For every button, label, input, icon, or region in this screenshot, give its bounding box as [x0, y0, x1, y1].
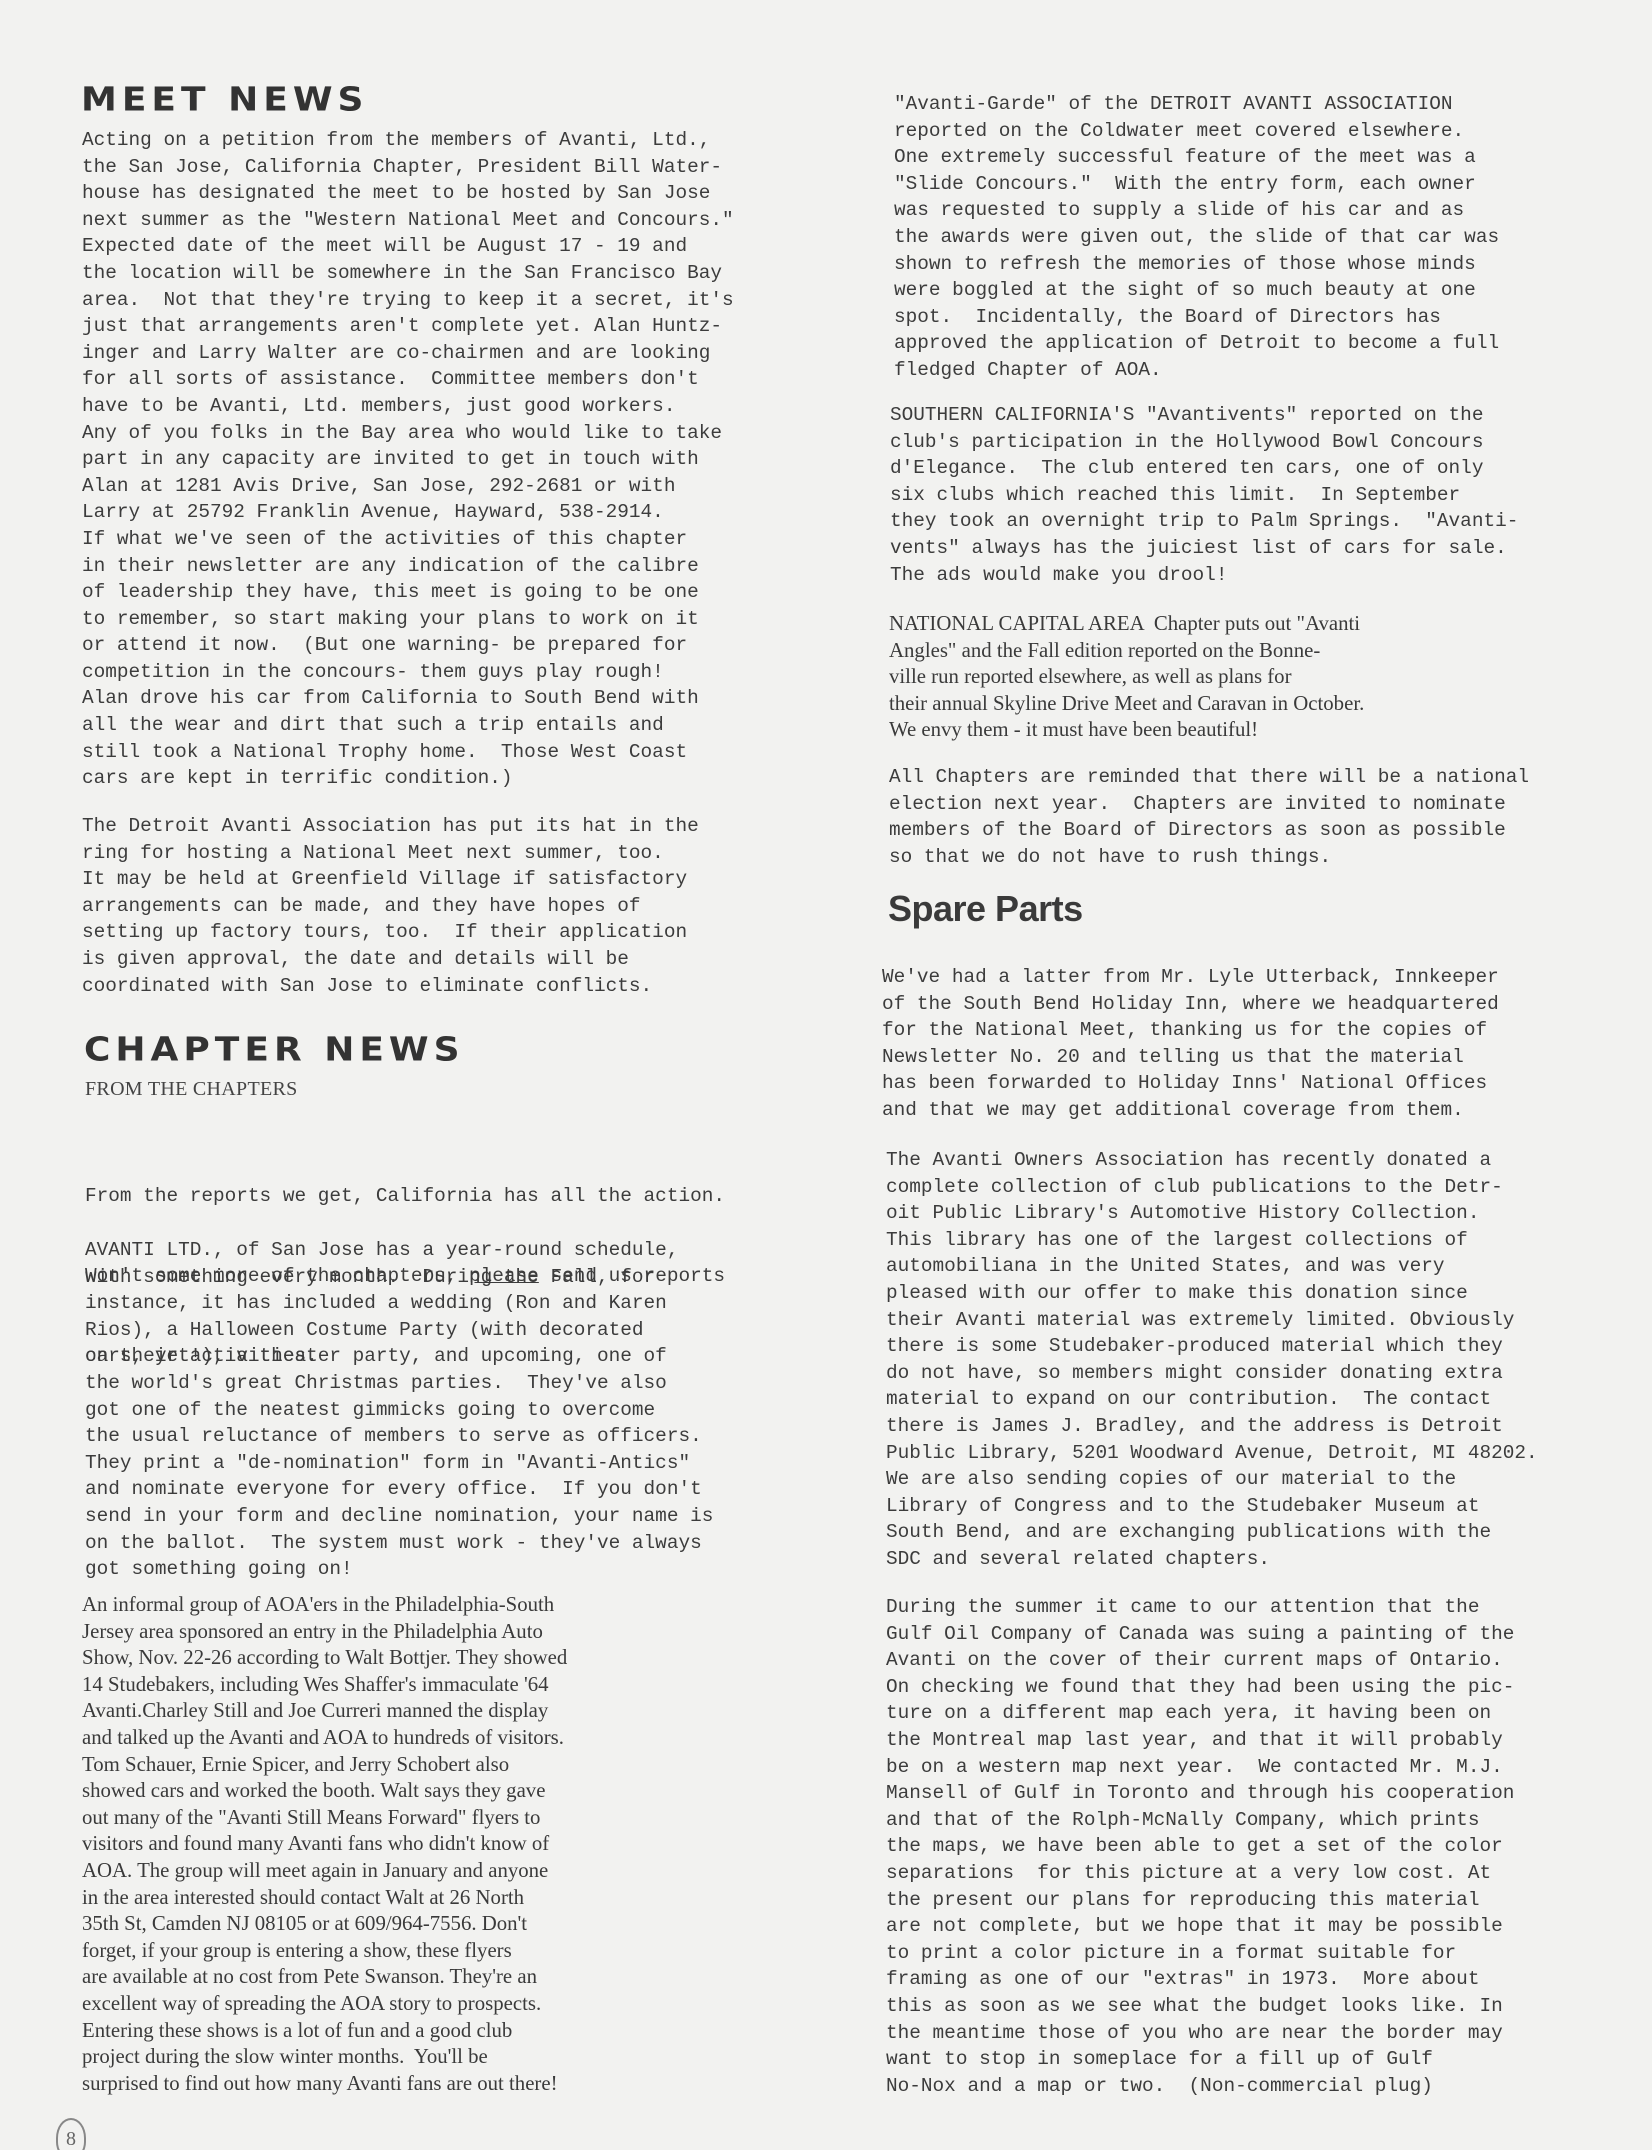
text-line: their Avanti material was extremely limi…: [886, 1307, 1538, 1334]
text-line: pleased with our offer to make this dona…: [886, 1280, 1538, 1307]
text-line: cars, yet!), a theater party, and upcomi…: [85, 1343, 713, 1370]
text-line: the meantime those of you who are near t…: [886, 2020, 1514, 2047]
text-line: were boggled at the sight of so much bea…: [894, 277, 1499, 304]
text-line: 35th St, Camden NJ 08105 or at 609/964-7…: [82, 1911, 567, 1938]
text-line: arrangements can be made, and they have …: [82, 893, 699, 920]
text-line: forget, if your group is entering a show…: [82, 1938, 567, 1965]
text-line: coordinated with San Jose to eliminate c…: [82, 973, 699, 1000]
text-line: Library of Congress and to the Studebake…: [886, 1493, 1538, 1520]
text-line: Show, Nov. 22-26 according to Walt Bottj…: [82, 1645, 567, 1672]
text-line: in their newsletter are any indication o…: [82, 553, 734, 580]
text-line: are not complete, but we hope that it ma…: [886, 1913, 1514, 1940]
text-line: Gulf Oil Company of Canada was suing a p…: [886, 1621, 1514, 1648]
text-line: surprised to find out how many Avanti fa…: [82, 2071, 567, 2098]
text-line: NATIONAL CAPITAL AREA Chapter puts out "…: [889, 611, 1364, 638]
text-line: for the National Meet, thanking us for t…: [882, 1017, 1499, 1044]
text-line: setting up factory tours, too. If their …: [82, 919, 699, 946]
text-line: Acting on a petition from the members of…: [82, 127, 734, 154]
text-line: No-Nox and a map or two. (Non-commercial…: [886, 2073, 1514, 2100]
text-line: the world's great Christmas parties. The…: [85, 1370, 713, 1397]
text-line: separations for this picture at a very l…: [886, 1860, 1514, 1887]
text-line: We are also sending copies of our materi…: [886, 1466, 1538, 1493]
chapter-news-heading: CHAPTER NEWS: [84, 1034, 465, 1067]
text-line: Alan at 1281 Avis Drive, San Jose, 292-2…: [82, 473, 734, 500]
text-line: the present our plans for reproducing th…: [886, 1887, 1514, 1914]
text-line: the usual reluctance of members to serve…: [85, 1423, 713, 1450]
text-line: are available at no cost from Pete Swans…: [82, 1964, 567, 1991]
text-line: they took an overnight trip to Palm Spri…: [890, 508, 1518, 535]
text-line: showed cars and worked the booth. Walt s…: [82, 1778, 567, 1805]
detroit-report: "Avanti-Garde" of the DETROIT AVANTI ASS…: [894, 91, 1499, 384]
text-line: The ads would make you drool!: [890, 562, 1518, 589]
text-line: excellent way of spreading the AOA story…: [82, 1991, 567, 2018]
text-line: spot. Incidentally, the Board of Directo…: [894, 304, 1499, 331]
text-line: It may be held at Greenfield Village if …: [82, 866, 699, 893]
text-line: for all sorts of assistance. Committee m…: [82, 366, 734, 393]
text-line: part in any capacity are invited to get …: [82, 446, 734, 473]
text-line: to remember, so start making your plans …: [82, 606, 734, 633]
text-line: 14 Studebakers, including Wes Shaffer's …: [82, 1672, 567, 1699]
text-line: the San Jose, California Chapter, Presid…: [82, 154, 734, 181]
chapter-news-subtitle: FROM THE CHAPTERS: [85, 1078, 298, 1101]
text-line: reported on the Coldwater meet covered e…: [894, 118, 1499, 145]
text-line: send in your form and decline nomination…: [85, 1503, 713, 1530]
text-line: just that arrangements aren't complete y…: [82, 313, 734, 340]
text-line: Any of you folks in the Bay area who wou…: [82, 420, 734, 447]
text-line: ville run reported elsewhere, as well as…: [889, 664, 1364, 691]
text-line: SDC and several related chapters.: [886, 1546, 1538, 1573]
text-line: there is some Studebaker-produced materi…: [886, 1333, 1538, 1360]
text-line: and that we may get additional coverage …: [882, 1097, 1499, 1124]
text-line: All Chapters are reminded that there wil…: [889, 764, 1529, 791]
spare-parts-letter: We've had a latter from Mr. Lyle Utterba…: [882, 964, 1499, 1124]
philadelphia-report: An informal group of AOA'ers in the Phil…: [82, 1592, 567, 2097]
text-line: area. Not that they're trying to keep it…: [82, 287, 734, 314]
text-line: shown to refresh the memories of those w…: [894, 251, 1499, 278]
text-line: material to expand on our contribution. …: [886, 1386, 1538, 1413]
text-line: competition in the concours- them guys p…: [82, 659, 734, 686]
text-line: with something every month. During the F…: [85, 1264, 713, 1291]
text-line: this as soon as we see what the budget l…: [886, 1993, 1514, 2020]
text-line: Rios), a Halloween Costume Party (with d…: [85, 1317, 713, 1344]
text-line: SOUTHERN CALIFORNIA'S "Avantivents" repo…: [890, 402, 1518, 429]
text-line: have to be Avanti, Ltd. members, just go…: [82, 393, 734, 420]
text-line: We envy them - it must have been beautif…: [889, 717, 1364, 744]
text-line: and nominate everyone for every office. …: [85, 1476, 713, 1503]
text-line: instance, it has included a wedding (Ron…: [85, 1290, 713, 1317]
text-line: next summer as the "Western National Mee…: [82, 207, 734, 234]
text-line: out many of the "Avanti Still Means Forw…: [82, 1805, 567, 1832]
avanti-ltd-report: AVANTI LTD., of San Jose has a year-roun…: [85, 1237, 713, 1583]
text-line: The Detroit Avanti Association has put i…: [82, 813, 699, 840]
text-line: ring for hosting a National Meet next su…: [82, 840, 699, 867]
text-line: "Slide Concours." With the entry form, e…: [894, 171, 1499, 198]
text-line: all the wear and dirt that such a trip e…: [82, 712, 734, 739]
meet-news-para2: The Detroit Avanti Association has put i…: [82, 813, 699, 999]
text-line: got one of the neatest gimmicks going to…: [85, 1397, 713, 1424]
text-line: Newsletter No. 20 and telling us that th…: [882, 1044, 1499, 1071]
text-line: South Bend, and are exchanging publicati…: [886, 1519, 1538, 1546]
text-line: of the South Bend Holiday Inn, where we …: [882, 991, 1499, 1018]
text-line: or attend it now. (But one warning- be p…: [82, 632, 734, 659]
text-line: Jersey area sponsored an entry in the Ph…: [82, 1619, 567, 1646]
socal-report: SOUTHERN CALIFORNIA'S "Avantivents" repo…: [890, 402, 1518, 588]
text-line: was requested to supply a slide of his c…: [894, 197, 1499, 224]
text-line: is given approval, the date and details …: [82, 946, 699, 973]
text-line: Entering these shows is a lot of fun and…: [82, 2018, 567, 2045]
national-capital-report: NATIONAL CAPITAL AREA Chapter puts out "…: [889, 611, 1364, 744]
text-line: in the area interested should contact Wa…: [82, 1885, 567, 1912]
text-line: The Avanti Owners Association has recent…: [886, 1147, 1538, 1174]
text-line: During the summer it came to our attenti…: [886, 1594, 1514, 1621]
text-line: and talked up the Avanti and AOA to hund…: [82, 1725, 567, 1752]
text-line: still took a National Trophy home. Those…: [82, 739, 734, 766]
text-line: election next year. Chapters are invited…: [889, 791, 1529, 818]
text-line: An informal group of AOA'ers in the Phil…: [82, 1592, 567, 1619]
text-line: of leadership they have, this meet is go…: [82, 579, 734, 606]
text-line: Avanti on the cover of their current map…: [886, 1647, 1514, 1674]
gulf-oil-map: During the summer it came to our attenti…: [886, 1594, 1514, 2099]
text-line: the maps, we have been able to get a set…: [886, 1833, 1514, 1860]
text-line: on the ballot. The system must work - th…: [85, 1530, 713, 1557]
text-line: d'Elegance. The club entered ten cars, o…: [890, 455, 1518, 482]
text-line: members of the Board of Directors as soo…: [889, 817, 1529, 844]
all-chapters-reminder: All Chapters are reminded that there wil…: [889, 764, 1529, 870]
meet-news-heading: MEET NEWS: [81, 84, 368, 117]
meet-news-para1: Acting on a petition from the members of…: [82, 127, 734, 792]
text-line: the location will be somewhere in the Sa…: [82, 260, 734, 287]
text-line: "Avanti-Garde" of the DETROIT AVANTI ASS…: [894, 91, 1499, 118]
text-line: fledged Chapter of AOA.: [894, 357, 1499, 384]
text-line: We've had a latter from Mr. Lyle Utterba…: [882, 964, 1499, 991]
text-line: do not have, so members might consider d…: [886, 1360, 1538, 1387]
text-line: approved the application of Detroit to b…: [894, 330, 1499, 357]
text-line: and that of the Rolph-McNally Company, w…: [886, 1807, 1514, 1834]
text-line: This library has one of the largest coll…: [886, 1227, 1538, 1254]
text-line: visitors and found many Avanti fans who …: [82, 1831, 567, 1858]
text-line: Larry at 25792 Franklin Avenue, Hayward,…: [82, 499, 734, 526]
text-line: got something going on!: [85, 1556, 713, 1583]
text-line: complete collection of club publications…: [886, 1174, 1538, 1201]
text-line: oit Public Library's Automotive History …: [886, 1200, 1538, 1227]
spare-parts-heading: Spare Parts: [888, 888, 1083, 930]
text-line: the awards were given out, the slide of …: [894, 224, 1499, 251]
text-line: be on a western map next year. We contac…: [886, 1754, 1514, 1781]
text-line: Mansell of Gulf in Toronto and through h…: [886, 1780, 1514, 1807]
text-line: AVANTI LTD., of San Jose has a year-roun…: [85, 1237, 713, 1264]
text-line: Public Library, 5201 Woodward Avenue, De…: [886, 1440, 1538, 1467]
text-line: to print a color picture in a format sui…: [886, 1940, 1514, 1967]
text-line: has been forwarded to Holiday Inns' Nati…: [882, 1070, 1499, 1097]
text-line: so that we do not have to rush things.: [889, 844, 1529, 871]
text-line: One extremely successful feature of the …: [894, 144, 1499, 171]
text-line: framing as one of our "extras" in 1973. …: [886, 1966, 1514, 1993]
page-number: 8: [56, 2118, 86, 2150]
text-line: cars are kept in terrific condition.): [82, 765, 734, 792]
text-line: the Montreal map last year, and that it …: [886, 1727, 1514, 1754]
text-line: vents" always has the juiciest list of c…: [890, 535, 1518, 562]
text-line: want to stop in someplace for a fill up …: [886, 2046, 1514, 2073]
text-line: house has designated the meet to be host…: [82, 180, 734, 207]
text-line: ture on a different map each yera, it ha…: [886, 1700, 1514, 1727]
text-line: their annual Skyline Drive Meet and Cara…: [889, 691, 1364, 718]
text-line: Angles" and the Fall edition reported on…: [889, 638, 1364, 665]
text-line: Avanti.Charley Still and Joe Curreri man…: [82, 1698, 567, 1725]
text-line: club's participation in the Hollywood Bo…: [890, 429, 1518, 456]
text-line: there is James J. Bradley, and the addre…: [886, 1413, 1538, 1440]
text-line: project during the slow winter months. Y…: [82, 2044, 567, 2071]
library-donation: The Avanti Owners Association has recent…: [886, 1147, 1538, 1573]
text-line: If what we've seen of the activities of …: [82, 526, 734, 553]
text-line: inger and Larry Walter are co-chairmen a…: [82, 340, 734, 367]
text-line: automobiliana in the United States, and …: [886, 1253, 1538, 1280]
text-line: six clubs which reached this limit. In S…: [890, 482, 1518, 509]
text-line: AOA. The group will meet again in Januar…: [82, 1858, 567, 1885]
text-line: Tom Schauer, Ernie Spicer, and Jerry Sch…: [82, 1752, 567, 1779]
text-line: Alan drove his car from California to So…: [82, 685, 734, 712]
text-line: They print a "de-nomination" form in "Av…: [85, 1450, 713, 1477]
text-line: On checking we found that they had been …: [886, 1674, 1514, 1701]
text-line: Expected date of the meet will be August…: [82, 233, 734, 260]
